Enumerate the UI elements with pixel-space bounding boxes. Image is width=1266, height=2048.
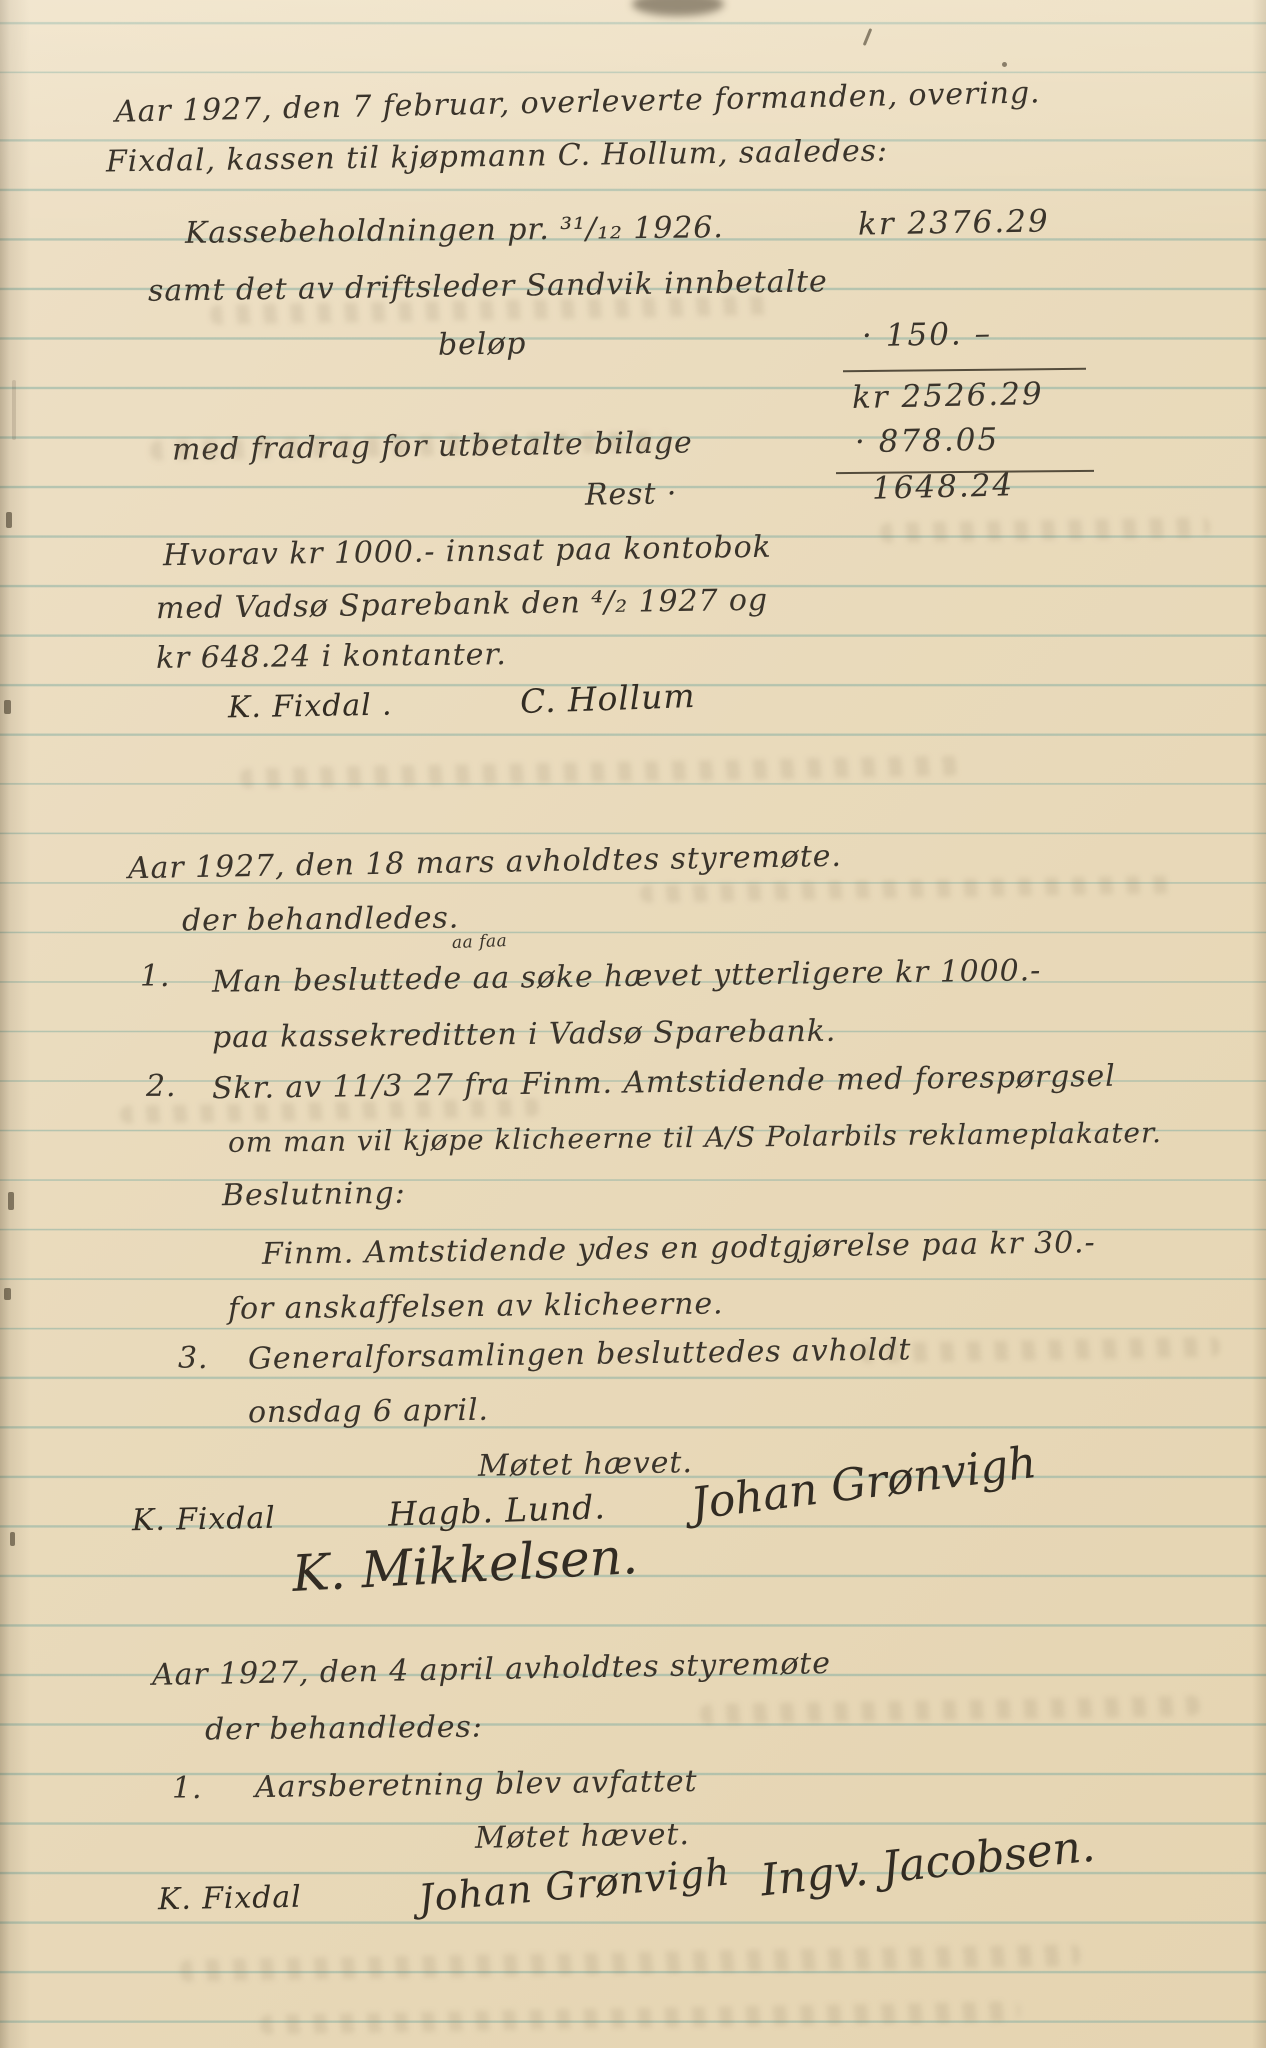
ink-smudge: [632, 0, 724, 16]
minutes-line: Generalforsamlingen besluttedes avholdt: [248, 1335, 912, 1374]
minutes-line: Skr. av 11/3 27 fra Finm. Amtstidende me…: [212, 1062, 1116, 1105]
ledger-amount: · 878.05: [855, 425, 1000, 459]
bleed-through: [700, 1696, 1200, 1725]
item-number: 2.: [146, 1072, 176, 1102]
margin-mark: [8, 1192, 14, 1210]
minutes-heading: Aar 1927, den 4 april avholdtes styremøt…: [152, 1649, 831, 1691]
bleed-through: [240, 756, 960, 789]
signature: K. Fixdal: [132, 1504, 276, 1537]
signature: Johan Grønvigh: [417, 1852, 732, 1917]
ledger-amount: 1648.24: [872, 470, 1015, 504]
minutes-line: Man besluttede aa søke hævet ytterligere…: [212, 956, 1041, 998]
ledger-amount: kr 2376.29: [858, 206, 1050, 240]
signature: Hagb. Lund.: [387, 1490, 606, 1531]
signature: K. Fixdal: [158, 1883, 302, 1916]
sum-underline: [843, 368, 1086, 373]
bleed-through: [260, 2001, 1020, 2034]
minutes-line: om man vil kjøpe klicheerne til A/S Pola…: [228, 1119, 1162, 1157]
ledger-amount: kr 2526.29: [852, 379, 1044, 414]
minutes-heading: Aar 1927, den 18 mars avholdtes styremøt…: [128, 842, 842, 884]
minutes-line: Finm. Amtstidende ydes en godtgjørelse p…: [262, 1228, 1096, 1270]
minutes-line: Aarsberetning blev avfattet: [255, 1767, 698, 1803]
bleed-through: [880, 517, 1210, 543]
ledger-page: Aar 1927, den 7 februar, overleverte for…: [0, 0, 1266, 2048]
minutes-line: Fixdal, kassen til kjøpmann C. Hollum, s…: [106, 137, 888, 178]
bleed-through: [860, 1337, 1220, 1363]
closing-line: Møtet hævet.: [475, 1820, 690, 1854]
margin-mark: [6, 512, 12, 528]
minutes-line: med Vadsø Sparebank den ⁴/₂ 1927 og: [156, 586, 768, 625]
ledger-label: beløp: [438, 329, 527, 361]
minutes-line: Aar 1927, den 7 februar, overleverte for…: [115, 78, 1041, 127]
ledger-label: Rest ·: [585, 479, 678, 511]
signature: Johan Grønvigh: [689, 1441, 1039, 1527]
margin-mark: [10, 1532, 15, 1546]
minutes-line: der behandledes.: [182, 904, 459, 937]
minutes-line: for anskaffelsen av klicheerne.: [228, 1289, 724, 1324]
binding-crease: [12, 380, 16, 440]
ink-dot: [1002, 62, 1007, 67]
bleed-through: [640, 875, 1180, 902]
minutes-line: Hvorav kr 1000.- innsat paa kontobok: [163, 533, 772, 571]
minutes-line: kr 648.24 i kontanter.: [156, 640, 507, 674]
bleed-through: [120, 1098, 540, 1123]
bleed-through: [180, 1944, 1080, 1982]
closing-line: Møtet hævet.: [478, 1448, 693, 1482]
ink-stroke: [863, 28, 873, 46]
minutes-line: onsdag 6 april.: [248, 1396, 489, 1429]
minutes-line: paa kassekreditten i Vadsø Sparebank.: [212, 1017, 836, 1054]
minutes-line: Beslutning:: [222, 1179, 406, 1212]
minutes-line: der behandledes:: [205, 1713, 483, 1746]
item-number: 1.: [140, 962, 170, 992]
signature: Ingv. Jacobsen.: [759, 1825, 1097, 1904]
ledger-amount: · 150. –: [862, 319, 993, 352]
signature: C. Hollum: [519, 679, 695, 718]
ledger-label: Kassebeholdningen pr. ³¹/₁₂ 1926.: [185, 213, 724, 249]
item-number: 1.: [172, 1774, 202, 1804]
item-number: 3.: [178, 1344, 208, 1374]
signature: K. Mikkelsen.: [291, 1531, 639, 1599]
signature: K. Fixdal .: [228, 691, 393, 724]
margin-mark: [4, 1288, 11, 1300]
inserted-text: aa faa: [452, 933, 508, 952]
margin-mark: [4, 700, 11, 714]
